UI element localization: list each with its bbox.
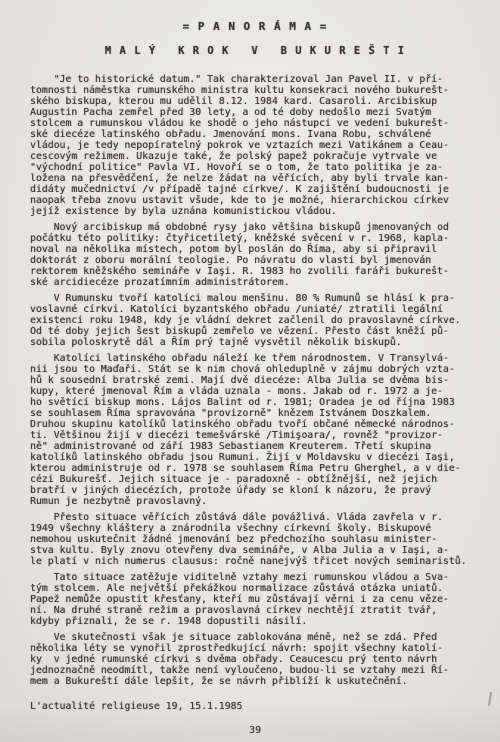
paragraph: Nový arcibiskup má obdobné rysy jako vět… xyxy=(30,222,480,288)
paragraph: Přesto situace věřících zůstává dále pov… xyxy=(30,512,480,567)
article-subtitle: M A L Ý K R O K V B U K U R E Š T I xyxy=(30,45,480,57)
scan-artifact xyxy=(0,702,500,742)
paragraph: Ve skutečnosti však je situace zabloková… xyxy=(30,632,480,687)
article: = P A N O R Á M A = M A L Ý K R O K V B … xyxy=(30,12,480,736)
scanned-document-page: = P A N O R Á M A = M A L Ý K R O K V B … xyxy=(0,0,500,742)
paragraph: "Je to historické datum." Tak charakteri… xyxy=(30,74,480,217)
paragraph: V Rumunsku tvoří katolíci malou menšinu.… xyxy=(30,293,480,348)
paragraph: Tato situace zatěžuje viditelně vztahy m… xyxy=(30,572,480,627)
paragraph: Katolíci latinského obřadu náleží ke tře… xyxy=(30,353,480,507)
page-title: = P A N O R Á M A = xyxy=(30,20,480,33)
